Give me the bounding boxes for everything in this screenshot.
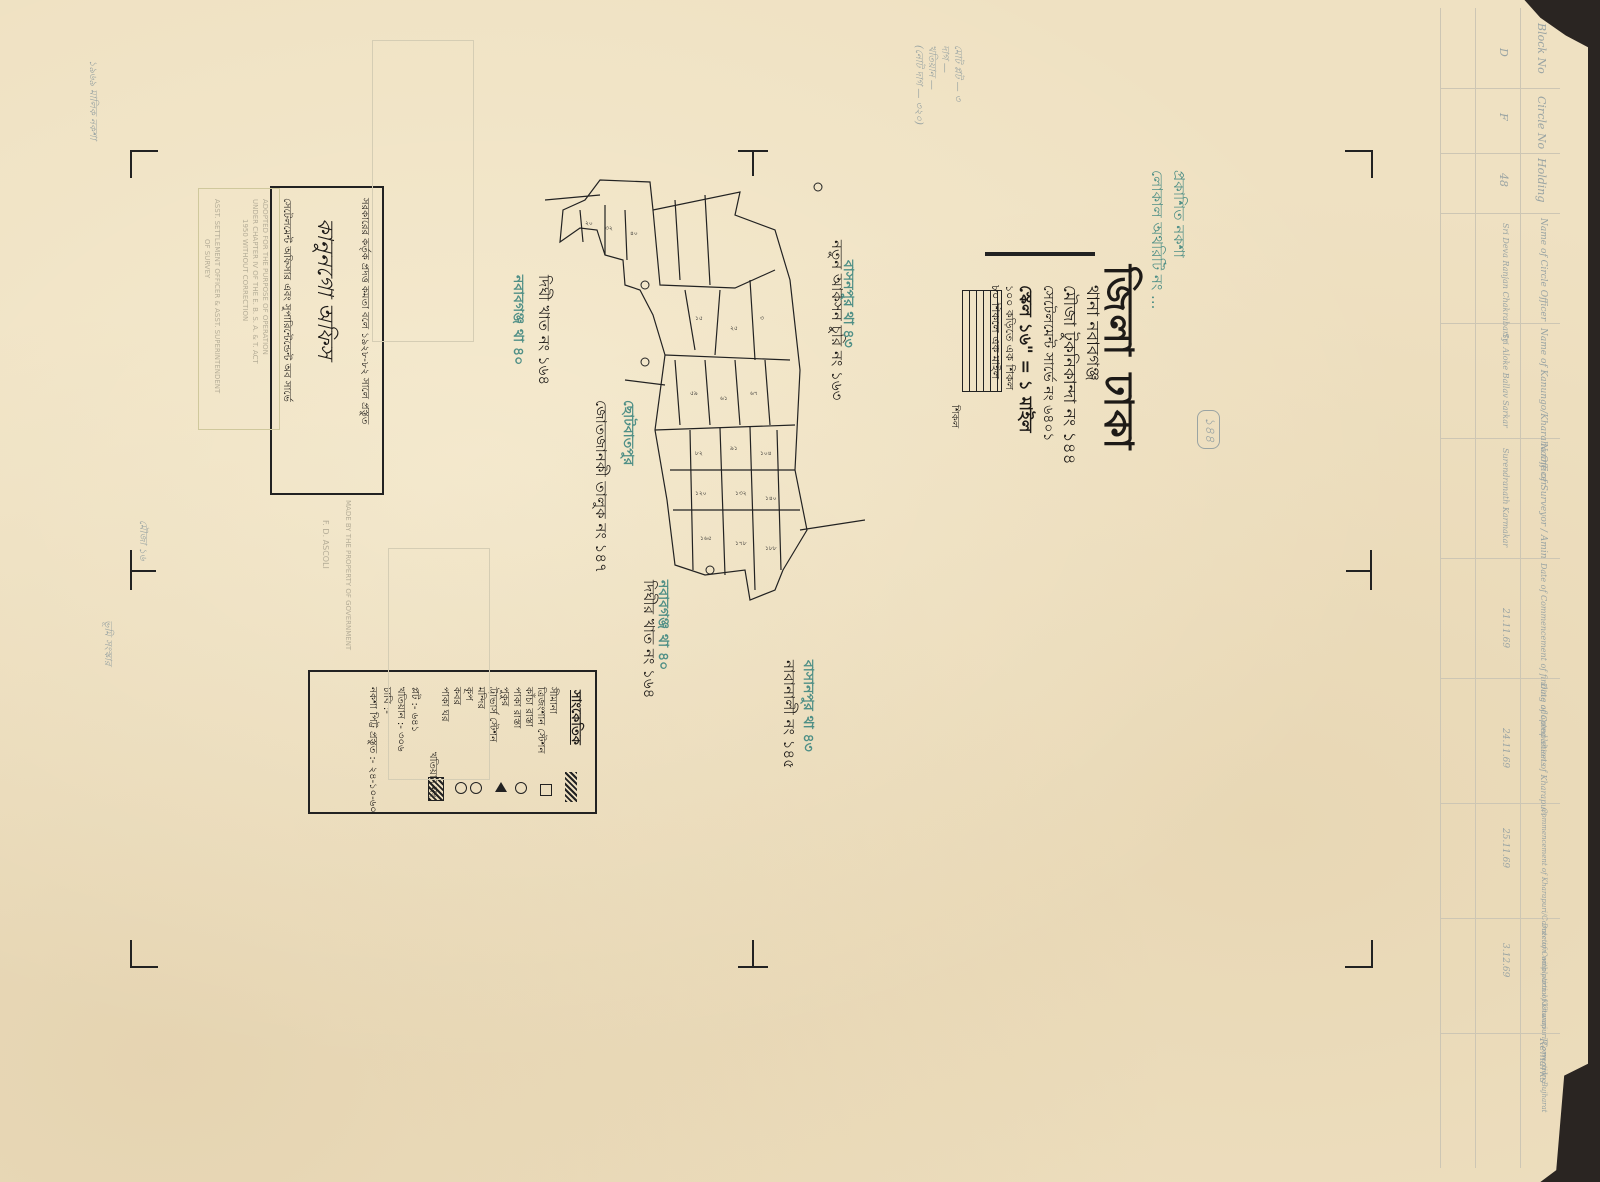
svg-text:৪০: ৪০ xyxy=(630,230,638,237)
corner-mark-bottom-right xyxy=(1345,940,1373,968)
svg-text:৩২: ৩২ xyxy=(605,225,613,232)
faded-stamp-line-2: UNDER CHAPTER IV OF THE E. B. S. A. & T.… xyxy=(251,199,259,364)
printer-note: MADE BY THE PROPERTY OF GOVERNMENT xyxy=(344,500,352,650)
left-margin-note-3: ভূমি সংস্কার xyxy=(98,620,115,666)
table-header-block-no: Block No xyxy=(1535,23,1548,74)
tick-mark-right-arm xyxy=(1346,570,1372,572)
map-sheet: প্রকাশিত নকশা লোকাল অথরিটি নং ... জিলা ঢ… xyxy=(0,0,1588,1182)
svg-text:৫৯: ৫৯ xyxy=(690,390,698,397)
adjacent-mouza-bottom-left-green: নবাবগঞ্জ থা ৪০ xyxy=(651,580,675,670)
table-header-correction-end: Date of Completion of Kharapuri Correcti… xyxy=(1540,923,1548,1113)
header-green-1: প্রকাশিত নকশা xyxy=(1165,170,1190,258)
adjacent-mouza-top-green: বাসনপুর থা ৪৩ xyxy=(836,260,860,348)
tick-mark-bottom-stem xyxy=(752,940,754,968)
faded-stamp-line-4: ASST. SETTLEMENT OFFICER & ASST. SUPERIN… xyxy=(213,199,221,393)
stamp-signature: কানুনগো অফিস xyxy=(305,218,342,359)
pencil-note-4: (নোট দাগ — ৩২০) xyxy=(909,45,926,125)
tick-mark-left-arm xyxy=(130,570,156,572)
table-cell-completion: 24.11.69 xyxy=(1500,728,1510,768)
table-header-surveyor: Name of Surveyor / Amin xyxy=(1538,443,1548,559)
faded-stamp-line-1: ADOPTED FOR THE PURPOSE OF OPERATION xyxy=(261,199,269,355)
official-stamp-box: সরকারের কর্তৃক প্রদত্ত কমতা বলে ১৯২৮-৮২ … xyxy=(270,186,384,495)
svg-text:৬৭: ৬৭ xyxy=(750,390,758,397)
adjacent-mouza-top-left-green: নবাবগঞ্জ থা ৪০ xyxy=(506,275,530,365)
circle-cross-icon xyxy=(455,782,467,794)
table-cell-correction-end: 3.12.69 xyxy=(1500,943,1510,977)
title-ornament xyxy=(985,252,1095,256)
adjacent-mouza-bottom-green: বাসানপুর থা ৪৩ xyxy=(796,660,820,752)
table-header-completion: Date of Completion of Kharapuri xyxy=(1539,683,1548,816)
svg-text:১৮৮: ১৮৮ xyxy=(765,545,777,552)
svg-text:২৫: ২৫ xyxy=(730,325,738,332)
faint-table-bottom xyxy=(388,548,490,780)
faded-adoption-stamp: ADOPTED FOR THE PURPOSE OF OPERATION UND… xyxy=(198,188,280,430)
adjacent-mouza-left-middle: জোতজানকী তালুক নং ১৪৭ xyxy=(587,400,612,573)
adjacent-mouza-top-left: দিঘী খাত নং ১৬৪ xyxy=(530,275,555,385)
table-header-holding: Holding xyxy=(1535,158,1548,202)
printer-name: F. D. ASCOLI xyxy=(321,520,330,569)
table-header-remarks: Remarks xyxy=(1537,1038,1548,1083)
table-cell-surveyor: Surendranath Karmakar xyxy=(1501,448,1510,547)
corner-mark-top-right xyxy=(1345,150,1373,178)
adjacent-mouza-left-middle-green: ছোটবাতপুর xyxy=(616,400,640,465)
table-cell-circle: F xyxy=(1497,113,1510,121)
table-cell-commencement: 21.11.69 xyxy=(1500,608,1510,648)
circle-icon xyxy=(515,782,527,794)
corner-mark-top-left xyxy=(130,150,158,178)
svg-text:১৭৮: ১৭৮ xyxy=(735,540,747,547)
register-table: Block No Circle No Holding Name of Circl… xyxy=(1440,8,1560,1168)
faint-table-top xyxy=(372,40,474,342)
svg-text:১৬৫: ১৬৫ xyxy=(700,535,712,542)
faded-stamp-line-5: OF SURVEY xyxy=(203,239,211,278)
scale-bar xyxy=(962,290,1002,392)
svg-text:১৩২: ১৩২ xyxy=(735,490,747,497)
legend-note-4: নকশা পিট্ট প্রস্তুত :- ২৪-১০-৬০ xyxy=(363,687,380,813)
triangle-icon xyxy=(495,782,507,792)
table-cell-holding: 48 xyxy=(1497,173,1510,187)
hatched-bar-icon xyxy=(428,777,444,801)
hatched-rect-icon xyxy=(565,772,577,802)
svg-text:১২০: ১২০ xyxy=(695,490,707,497)
table-cell-block: D xyxy=(1497,48,1510,57)
table-cell-correction-start: 25.11.69 xyxy=(1500,828,1510,868)
square-dot-icon xyxy=(540,784,552,796)
settlement-sheet-label: সেটেলমেন্ট সার্ভে নং ৬৪০১ xyxy=(1036,285,1060,442)
scale-bar-label: শিকল xyxy=(945,405,962,428)
svg-text:১০৪: ১০৪ xyxy=(760,450,772,457)
svg-text:১৫: ১৫ xyxy=(695,315,703,322)
circle-ring-icon xyxy=(470,782,482,794)
svg-text:১৪০: ১৪০ xyxy=(765,495,777,502)
svg-text:৬১: ৬১ xyxy=(720,395,728,402)
number-badge: ১৪৪ xyxy=(1197,410,1220,449)
corner-mark-bottom-left xyxy=(130,940,158,968)
table-header-circle-no: Circle No xyxy=(1535,96,1548,149)
svg-text:৮২: ৮২ xyxy=(695,450,703,457)
table-cell-circle-officer: Sri Deva Ranjan Chakrabarty xyxy=(1501,223,1510,342)
svg-text:৩: ৩ xyxy=(760,315,764,322)
left-margin-note-1: ১৯৬৯ মালিক নকশা xyxy=(83,60,100,140)
svg-text:৯১: ৯১ xyxy=(730,445,738,452)
svg-text:২০: ২০ xyxy=(585,220,593,227)
stamp-text-top: সরকারের কর্তৃক প্রদত্ত কমতা বলে ১৯২৮-৮২ … xyxy=(355,198,372,424)
table-cell-kanungo: Sri Aloke Ballav Sarkar xyxy=(1501,333,1510,428)
left-margin-note-2: মৌজা ১৬ xyxy=(133,520,150,561)
faded-stamp-line-3: 1950 WITHOUT CORRECTION xyxy=(241,219,249,321)
legend-heading: সাংকেতিক xyxy=(564,690,585,745)
table-header-circle-officer: Name of Circle Officer xyxy=(1538,218,1548,321)
